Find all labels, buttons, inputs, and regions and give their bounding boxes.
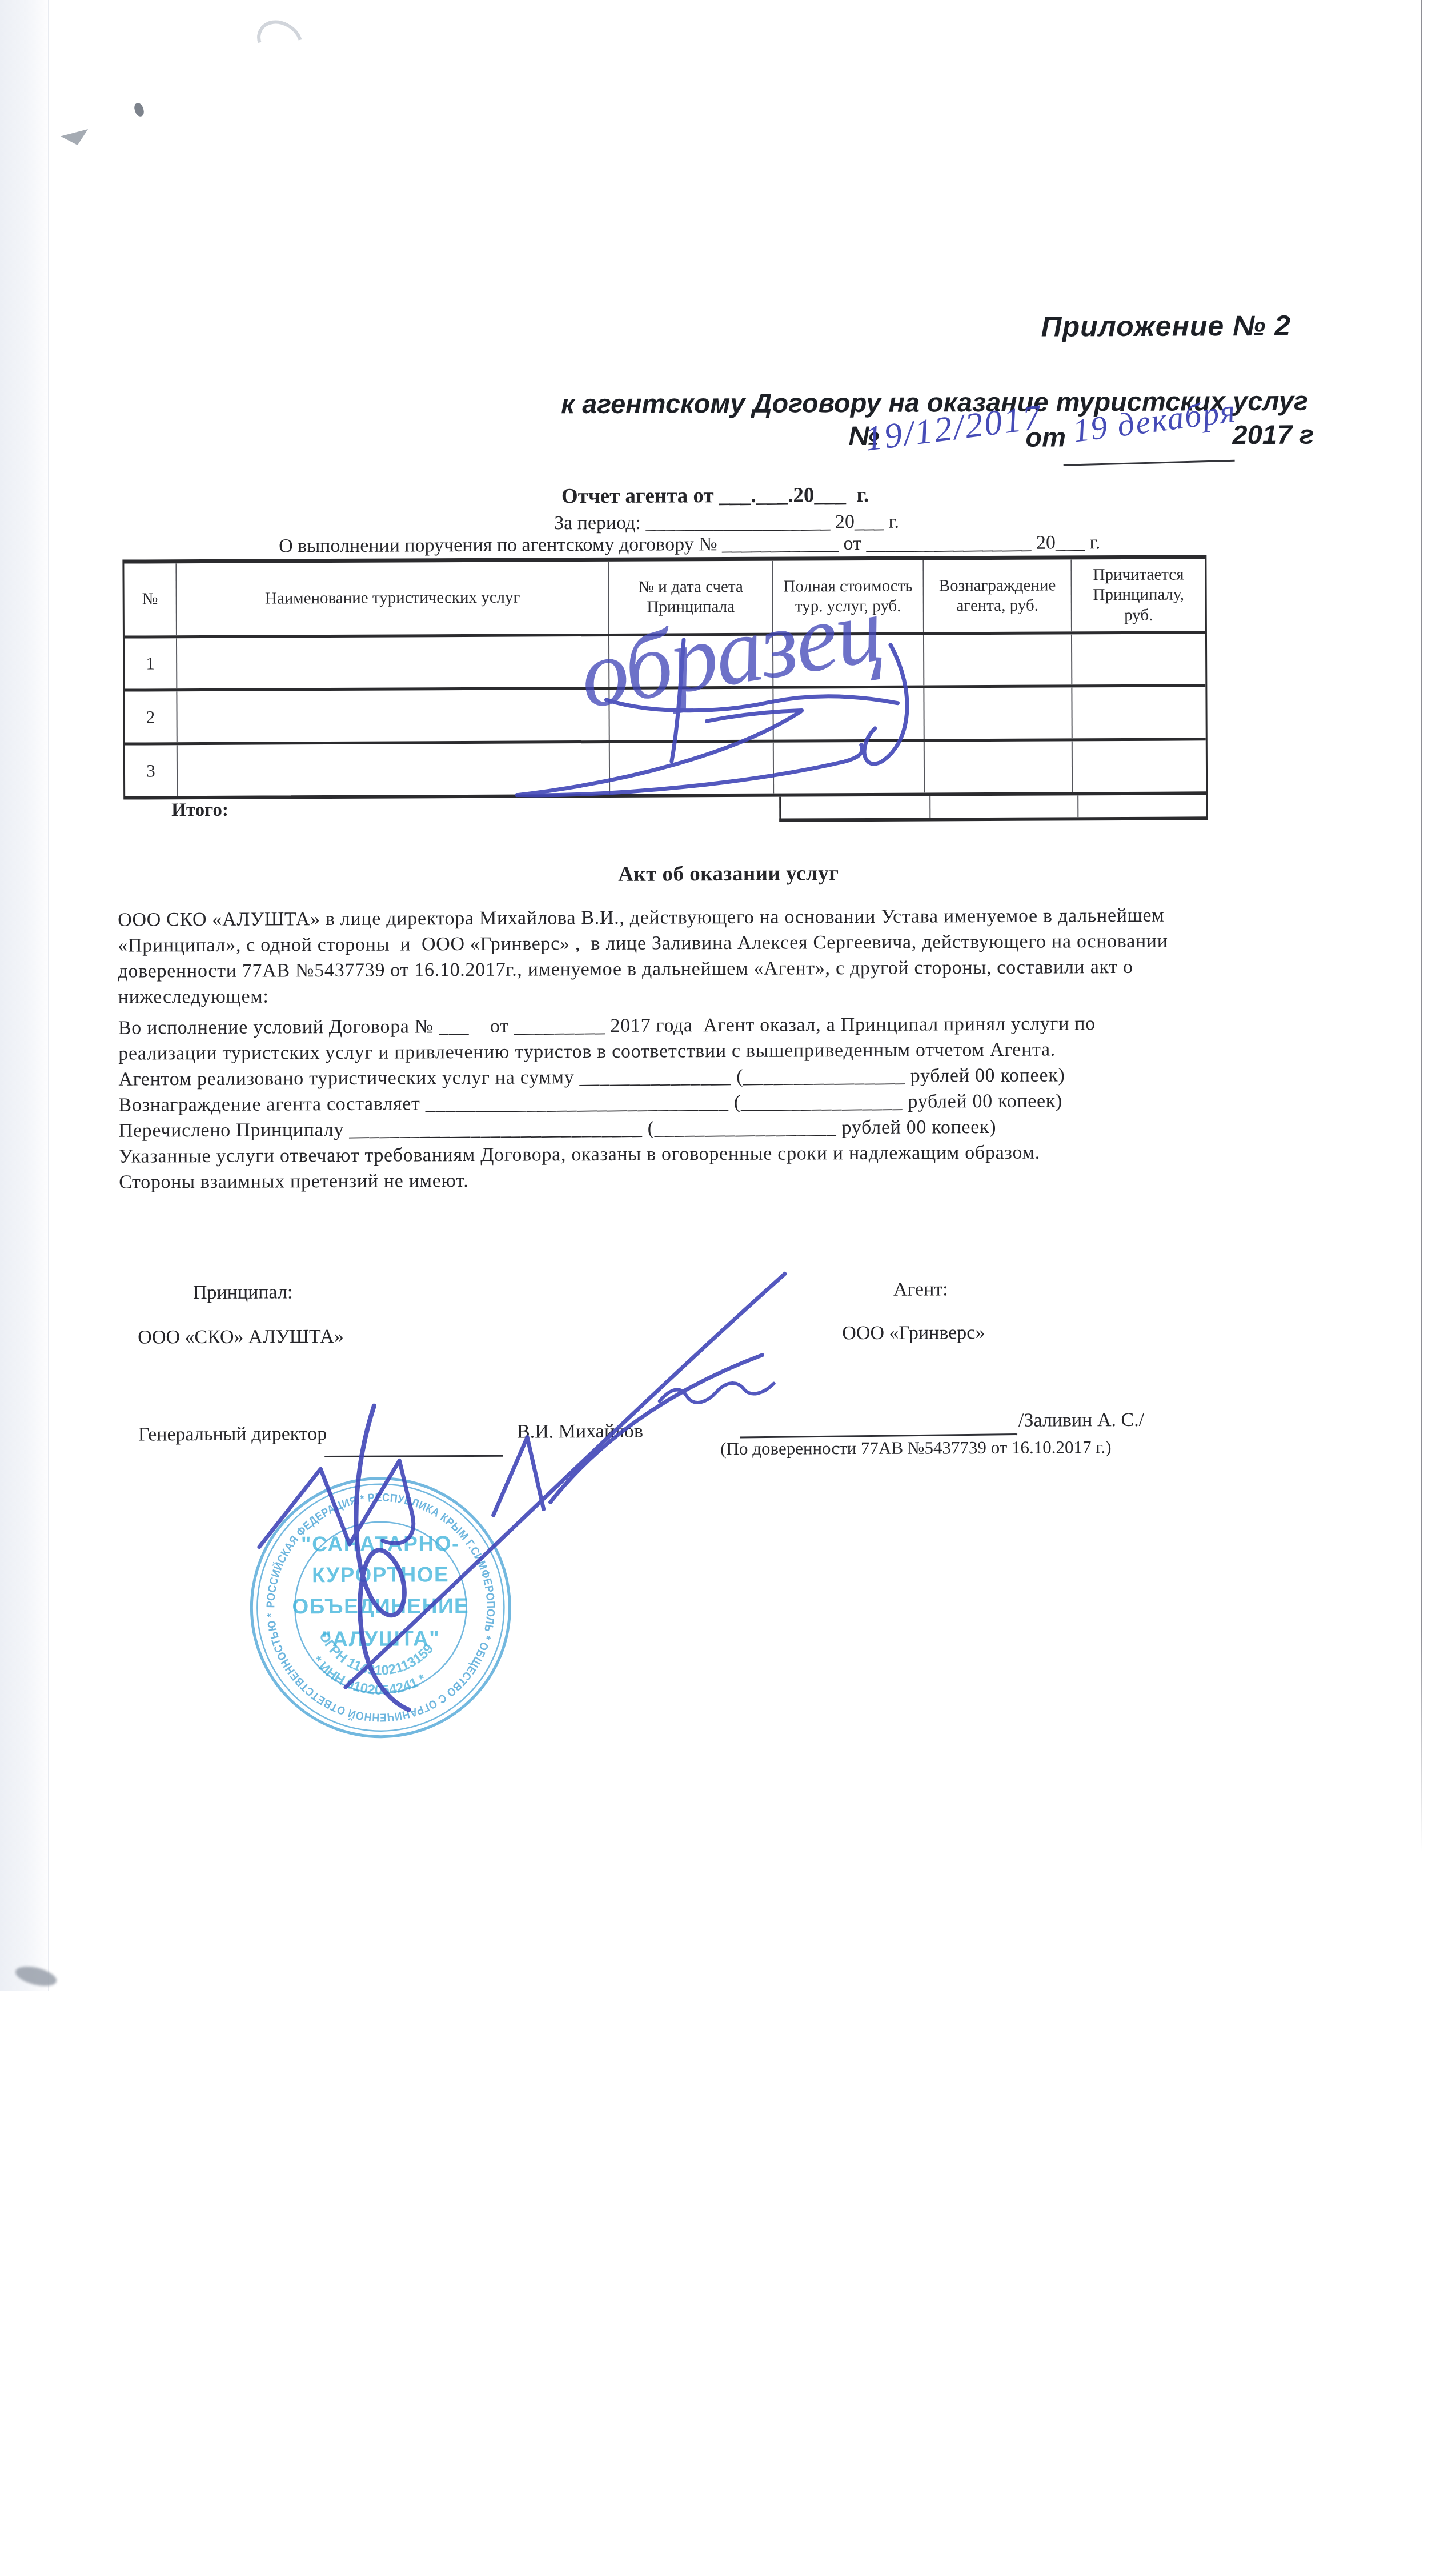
director-name: В.И. Михайлов bbox=[517, 1421, 643, 1443]
stamp-center-text: "САНАТАРНО- КУРОРТНОЕ ОБЪЕДИНЕНИЕ "АЛУШТ… bbox=[292, 1532, 470, 1651]
col-header-due-principal: Причитается Принципалу, руб. bbox=[1072, 559, 1205, 631]
report-period-line: За период: ___________________ 20___ г. bbox=[554, 511, 899, 535]
services-table: № Наименование туристических услуг № и д… bbox=[122, 555, 1208, 799]
empty-cell bbox=[609, 636, 773, 687]
row-number: 3 bbox=[125, 745, 178, 796]
table-row: 2 bbox=[125, 687, 1205, 745]
act-line: Указанные услуги отвечают требованиям До… bbox=[119, 1139, 1096, 1169]
empty-cell bbox=[774, 742, 925, 793]
row-number: 2 bbox=[125, 691, 177, 742]
col-header-number: № bbox=[124, 563, 177, 635]
col-header-service-name: Наименование туристических услуг bbox=[177, 562, 609, 635]
empty-cell bbox=[773, 688, 924, 739]
act-line: «Принципал», с одной стороны и ООО «Грин… bbox=[118, 928, 1168, 959]
empty-cell bbox=[1073, 740, 1206, 792]
empty-cell bbox=[1072, 687, 1205, 738]
row-number: 1 bbox=[125, 638, 177, 688]
empty-cell bbox=[610, 743, 774, 794]
act-line: Во исполнение условий Договора № ___ от … bbox=[118, 1011, 1096, 1040]
director-title: Генеральный директор bbox=[138, 1423, 327, 1445]
act-line: Агентом реализовано туристических услуг … bbox=[118, 1062, 1096, 1092]
scanned-document-page: Приложение № 2 к агентскому Договору на … bbox=[0, 0, 1456, 2571]
stamp-center-line3: ОБЪЕДИНЕНИЕ bbox=[292, 1594, 469, 1618]
stamp-center-line2: КУРОРТНОЕ bbox=[312, 1563, 449, 1587]
report-title: Отчет агента от ___.___.20___ г. bbox=[561, 483, 869, 508]
empty-cell bbox=[930, 795, 1078, 818]
table-row: 3 bbox=[125, 740, 1206, 796]
agreement-year-suffix: 2017 г bbox=[1232, 419, 1314, 451]
act-paragraph-terms: Во исполнение условий Договора № ___ от … bbox=[118, 1011, 1096, 1195]
empty-cell bbox=[924, 687, 1072, 739]
document-content: Приложение № 2 к агентскому Договору на … bbox=[0, 0, 1456, 2571]
empty-cell bbox=[924, 634, 1072, 685]
col-header-invoice: № и дата счета Принципала bbox=[609, 561, 773, 634]
principal-label: Принципал: bbox=[193, 1282, 293, 1304]
agent-company: ООО «Гринверс» bbox=[842, 1322, 985, 1344]
act-line: Перечислено Принципалу _________________… bbox=[119, 1114, 1096, 1143]
principal-company: ООО «СКО» АЛУШТА» bbox=[138, 1326, 344, 1349]
table-row: 1 bbox=[125, 634, 1205, 691]
col-header-full-cost: Полная стоимость тур. услуг, руб. bbox=[773, 560, 924, 633]
company-stamp: РОССИЙСКАЯ ФЕДЕРАЦИЯ * РЕСПУБЛИКА КРЫМ Г… bbox=[246, 1473, 515, 1743]
empty-cell bbox=[781, 796, 930, 818]
empty-cell bbox=[1078, 795, 1206, 817]
empty-cell bbox=[609, 689, 773, 740]
act-line: Вознаграждение агента составляет _______… bbox=[118, 1088, 1096, 1118]
signature-director-wave bbox=[660, 1383, 774, 1403]
act-line: Стороны взаимных претензий не имеют. bbox=[119, 1165, 1096, 1195]
empty-cell bbox=[177, 636, 609, 688]
col-header-agent-fee: Вознаграждение агента, руб. bbox=[924, 559, 1072, 632]
empty-cell bbox=[178, 743, 610, 796]
report-assignment-line: О выполнении поручения по агентскому дог… bbox=[279, 532, 1100, 557]
totals-label: Итого: bbox=[171, 800, 228, 821]
empty-cell bbox=[1072, 634, 1205, 684]
director-signature-line bbox=[324, 1455, 503, 1457]
stamp-center-line4: "АЛУШТА" bbox=[322, 1627, 440, 1651]
stamp-center-line1: "САНАТАРНО- bbox=[301, 1532, 460, 1556]
agreement-date-underline bbox=[1064, 460, 1235, 466]
act-line: реализации туристских услуг и привлечени… bbox=[118, 1036, 1096, 1066]
empty-cell bbox=[177, 690, 609, 742]
appendix-title: Приложение № 2 bbox=[1041, 309, 1291, 343]
table-header-row: № Наименование туристических услуг № и д… bbox=[124, 559, 1205, 638]
agent-label: Агент: bbox=[893, 1279, 948, 1300]
empty-cell bbox=[773, 635, 924, 686]
agent-sign-name: /Заливин А. С./ bbox=[1018, 1409, 1144, 1432]
act-line: доверенности 77АВ №5437739 от 16.10.2017… bbox=[118, 954, 1168, 984]
empty-cell bbox=[925, 741, 1073, 792]
act-heading: Акт об оказании услуг bbox=[1, 858, 1456, 889]
act-line: ООО СКО «АЛУШТА» в лице директора Михайл… bbox=[118, 903, 1168, 933]
totals-row bbox=[779, 795, 1208, 822]
act-line: нижеследующем: bbox=[118, 980, 1168, 1010]
act-paragraph-parties: ООО СКО «АЛУШТА» в лице директора Михайл… bbox=[118, 903, 1168, 1010]
agent-attorney-note: (По доверенности 77АВ №5437739 от 16.10.… bbox=[720, 1437, 1112, 1459]
